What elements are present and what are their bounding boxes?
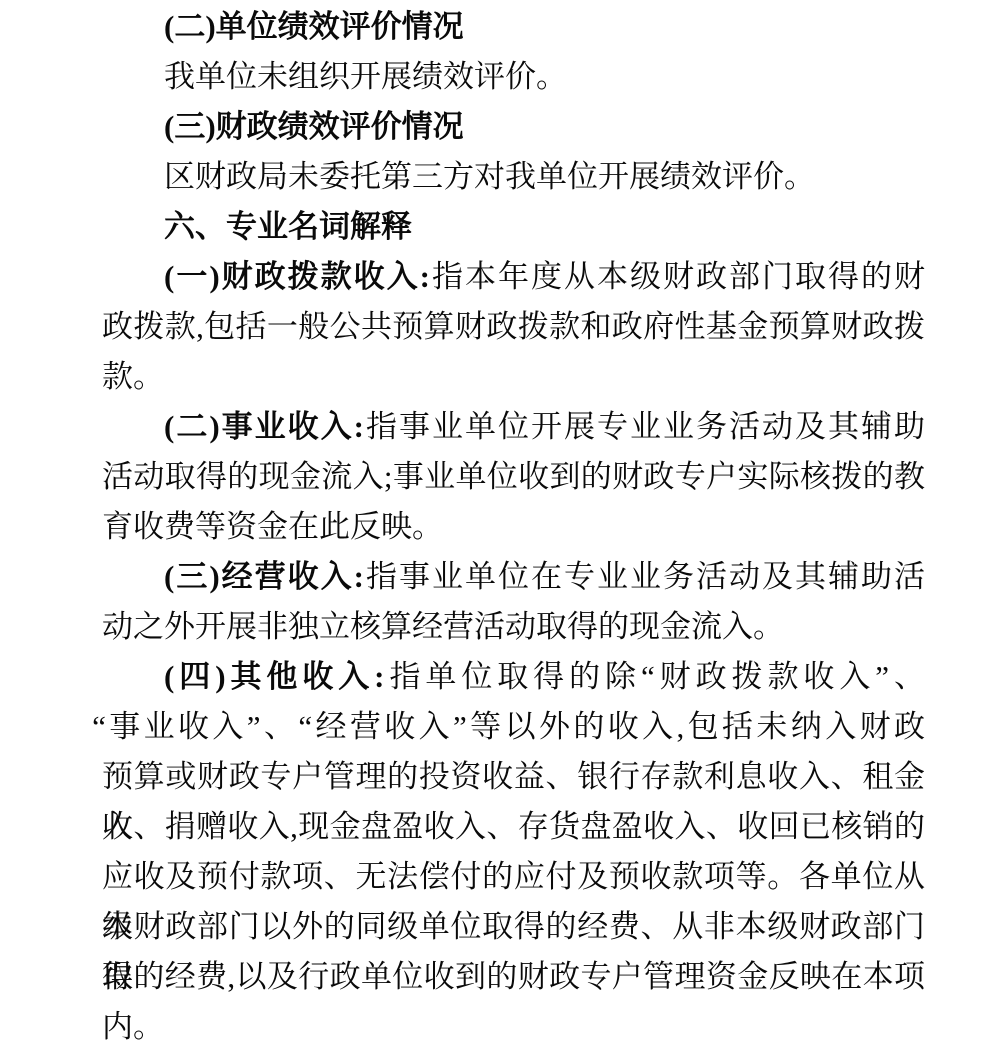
term-fiscal-appropriation-line3: 款。 [102,352,925,402]
heading-text: (三)财政绩效评价情况 [164,109,464,144]
term-definition: 指单位取得的除“财政拨款收入”、 [385,659,925,694]
term-definition: 内。 [102,1009,164,1044]
term-definition: 得的经费,以及行政单位收到的财政专户管理资金反映在本项 [102,959,925,994]
term-other-income-line4: 入、捐赠收入,现金盘盈收入、存货盘盈收入、收回已核销的 [102,802,925,852]
heading-unit-performance: (二)单位绩效评价情况 [102,2,925,52]
heading-fiscal-performance: (三)财政绩效评价情况 [102,102,925,152]
heading-text: 六、专业名词解释 [164,209,412,244]
term-definition: 指本年度从本级财政部门取得的财 [430,259,925,294]
term-definition: 活动取得的现金流入;事业单位收到的财政专户实际核拨的教 [102,459,925,494]
term-other-income-line5: 应收及预付款项、无法偿付的应付及预收款项等。各单位从本 [102,852,925,902]
term-other-income-line6: 级财政部门以外的同级单位取得的经费、从非本级财政部门取 [102,902,925,952]
heading-text: (二)单位绩效评价情况 [164,9,464,44]
document-page: (二)单位绩效评价情况 我单位未组织开展绩效评价。 (三)财政绩效评价情况 区财… [0,0,1000,1059]
term-definition: 入、捐赠收入,现金盘盈收入、存货盘盈收入、收回已核销的 [102,809,925,844]
term-definition: 动之外开展非独立核算经营活动取得的现金流入。 [102,609,784,644]
term-label: (三)经营收入: [164,559,364,594]
term-other-income-line2: “事业收入”、“经营收入”等以外的收入,包括未纳入财政 [102,702,925,752]
term-fiscal-appropriation-line2: 政拨款,包括一般公共预算财政拨款和政府性基金预算财政拨 [102,302,925,352]
term-label: (一)财政拨款收入: [164,259,430,294]
term-operating-income-line2: 动之外开展非独立核算经营活动取得的现金流入。 [102,602,925,652]
term-fiscal-appropriation-line1: (一)财政拨款收入:指本年度从本级财政部门取得的财 [102,252,925,302]
term-business-income-line2: 活动取得的现金流入;事业单位收到的财政专户实际核拨的教 [102,452,925,502]
body-text: 区财政局未委托第三方对我单位开展绩效评价。 [164,159,815,194]
term-business-income-line3: 育收费等资金在此反映。 [102,502,925,552]
term-operating-income-line1: (三)经营收入:指事业单位在专业业务活动及其辅助活 [102,552,925,602]
body-text: 我单位未组织开展绩效评价。 [164,59,567,94]
text-no-fiscal-evaluation: 区财政局未委托第三方对我单位开展绩效评价。 [102,152,925,202]
term-label: (二)事业收入: [164,409,364,444]
term-other-income-line7: 得的经费,以及行政单位收到的财政专户管理资金反映在本项 [102,952,925,1002]
term-definition: 指事业单位开展专业业务活动及其辅助 [364,409,925,444]
section-heading-terminology: 六、专业名词解释 [102,202,925,252]
term-label: (四)其他收入: [164,659,385,694]
term-other-income-line3: 预算或财政专户管理的投资收益、银行存款利息收入、租金收 [102,752,925,802]
term-definition: 政拨款,包括一般公共预算财政拨款和政府性基金预算财政拨 [102,309,925,344]
text-no-unit-evaluation: 我单位未组织开展绩效评价。 [102,52,925,102]
text-block: (二)单位绩效评价情况 我单位未组织开展绩效评价。 (三)财政绩效评价情况 区财… [102,2,925,1052]
term-definition: 指事业单位在专业业务活动及其辅助活 [364,559,925,594]
term-definition: “事业收入”、“经营收入”等以外的收入,包括未纳入财政 [92,709,925,744]
term-other-income-line8: 内。 [102,1002,925,1052]
term-business-income-line1: (二)事业收入:指事业单位开展专业业务活动及其辅助 [102,402,925,452]
term-other-income-line1: (四)其他收入:指单位取得的除“财政拨款收入”、 [102,652,925,702]
term-definition: 育收费等资金在此反映。 [102,509,443,544]
term-definition: 款。 [102,359,164,394]
